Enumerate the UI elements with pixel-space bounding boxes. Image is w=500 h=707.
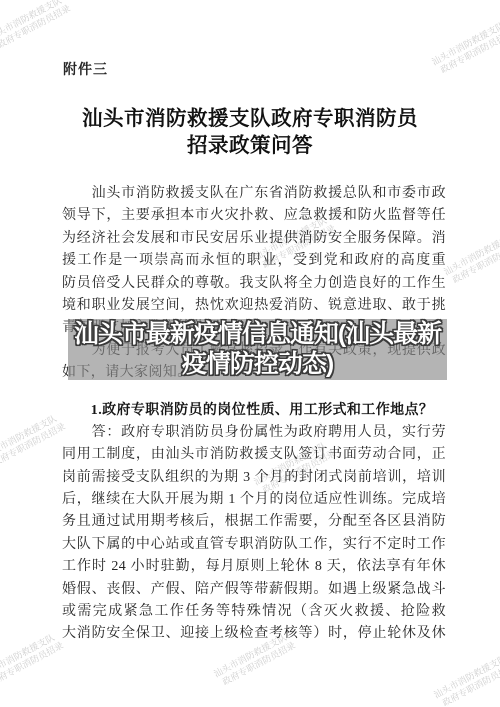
- watermark: 汕头市消防救援支队政府专职消防员招录: [0, 411, 69, 474]
- document-title: 汕头市消防救援支队政府专职消防员 招录政策问答: [0, 106, 500, 160]
- document-title-line2: 招录政策问答: [0, 133, 500, 160]
- watermark: 汕头市消防救援支队政府专职消防员招录: [437, 228, 500, 291]
- body-line: 或需完成紧急工作任务等特殊情况（含灭火救援、抢险救灾、重: [62, 601, 446, 623]
- body-line: 汕头市消防救援支队在广东省消防救援总队和市委市政府: [62, 183, 446, 205]
- watermark: 汕头市消防救援支队政府专职消防员招录: [0, 0, 74, 55]
- watermark: 汕头市消防救援支队政府专职消防员招录: [425, 18, 500, 81]
- document-page: 汕头市消防救援支队政府专职消防员招录 汕头市消防救援支队政府专职消防员招录 汕头…: [0, 0, 500, 707]
- body-line: 防员倍受人民群众的尊敬。我支队将全力创造良好的工作生活环: [62, 273, 446, 295]
- body-line: 答：政府专职消防员身份属性为政府聘用人员，实行劳动合: [62, 422, 446, 444]
- body-line: 岗前需接受支队组织的为期 3 个月的封闭式岗前培训，培训结束: [62, 467, 446, 489]
- body-line: 援工作是一项崇高而永恒的职业，受到党和政府的高度重视，消: [62, 250, 446, 272]
- body-line: 婚假、丧假、产假、陪产假等带薪假期。如遇上级紧急战斗命令: [62, 579, 446, 601]
- document-body: 汕头市消防救援支队在广东省消防救援总队和市委市政府 领导下，主要承担本市火灾扑救…: [62, 183, 446, 646]
- body-line: 后，继续在大队开展为期 1 个月的岗位适应性训练。完成培训任: [62, 489, 446, 511]
- body-line: 大队下属的中心站或直管专职消防队工作，实行不定时工作制度，: [62, 534, 446, 556]
- headline-overlay[interactable]: 汕头市最新疫情信息通知(汕头最新 疫情防控动态): [68, 319, 447, 380]
- body-line: 大消防安全保卫、迎接上级检查考核等）时，停止轮休及休假，: [62, 623, 446, 645]
- appendix-label: 附件三: [63, 59, 108, 79]
- body-line: 境和职业发展空间，热忱欢迎热爱消防、锐意进取、敢于挑战的: [62, 295, 446, 317]
- body-line: 务且通过试用期考核后，根据工作需要，分配至各区县消防救援: [62, 511, 446, 533]
- body-line: 同用工制度，由汕头市消防救援支队签订书面劳动合同，正式上: [62, 444, 446, 466]
- document-title-line1: 汕头市消防救援支队政府专职消防员: [0, 106, 500, 133]
- headline-overlay-line2: 疫情防控动态): [68, 349, 447, 379]
- question-heading: 1.政府专职消防员的岗位性质、用工形式和工作地点？: [62, 400, 446, 422]
- body-line: 为经济社会发展和市民安居乐业提供消防安全服务保障。消防救: [62, 228, 446, 250]
- watermark: 汕头市消防救援支队政府专职消防员招录: [427, 651, 500, 707]
- body-line: 工作时 24 小时驻勤，每月原则上轮休 8 天，依法享有年休假、: [62, 556, 446, 578]
- headline-overlay-line1: 汕头市最新疫情信息通知(汕头最新: [68, 319, 447, 349]
- watermark: 汕头市消防救援支队政府专职消防员招录: [0, 630, 67, 693]
- body-line: 领导下，主要承担本市火灾扑救、应急救援和防火监督等任务，: [62, 205, 446, 227]
